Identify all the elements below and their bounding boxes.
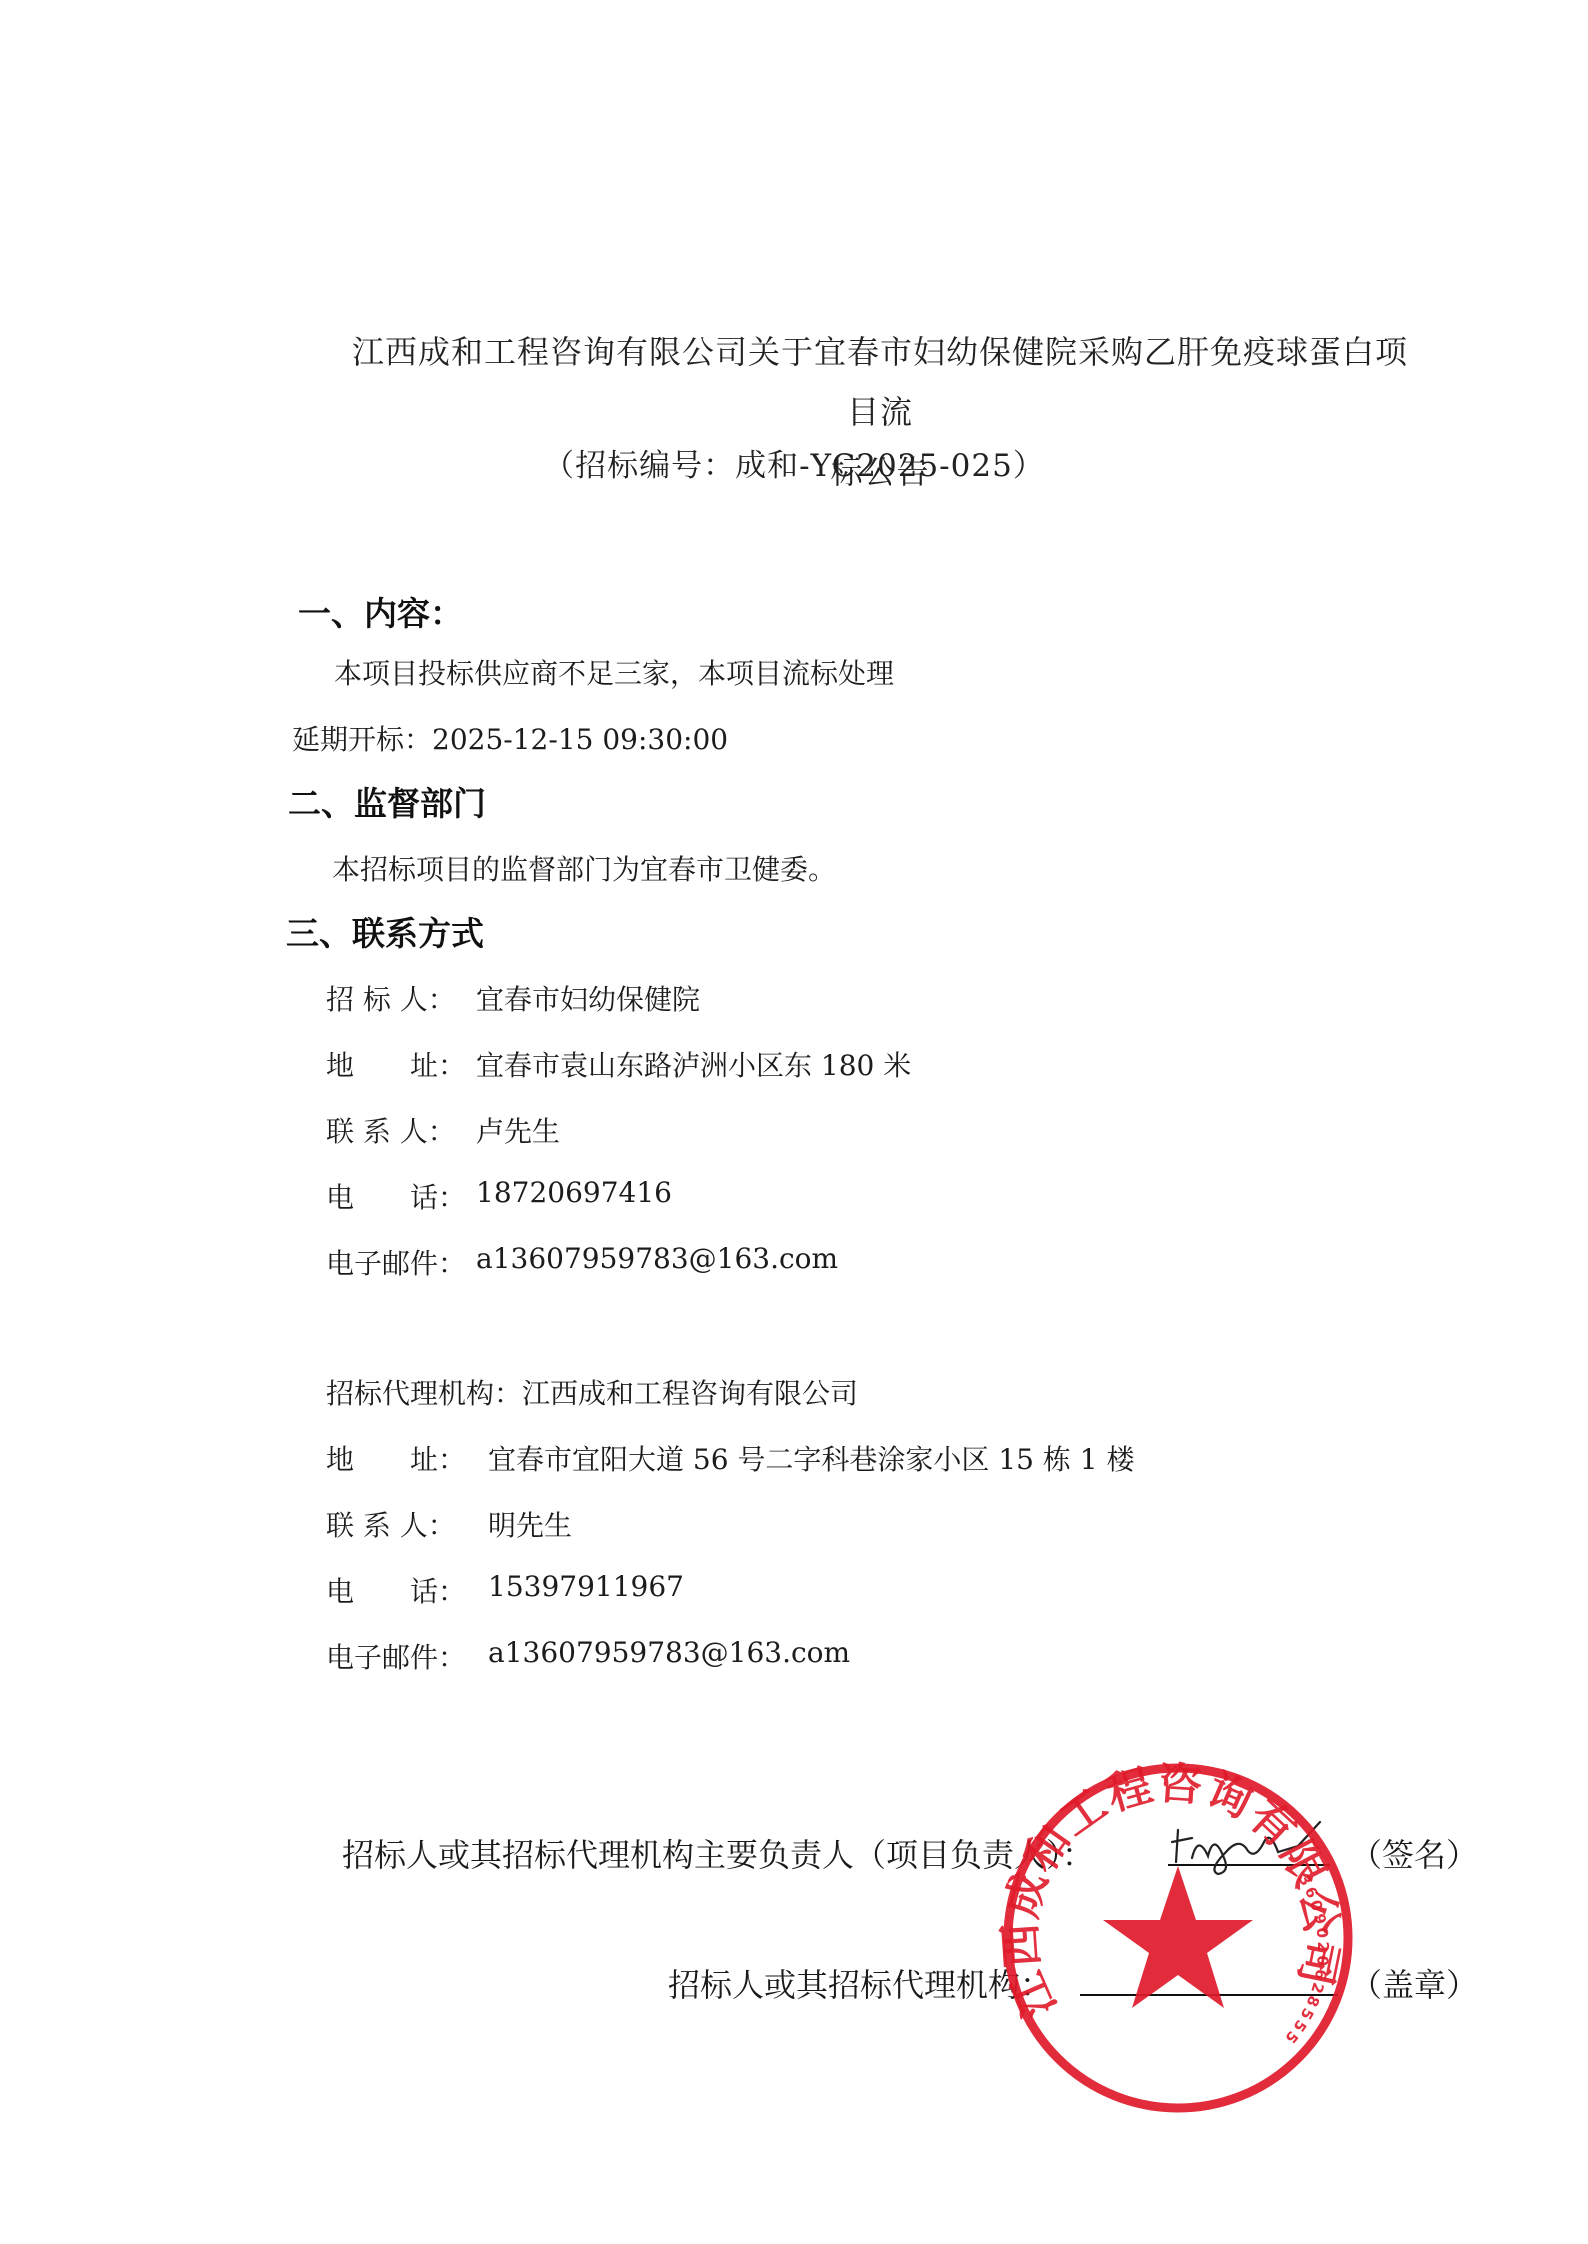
field-value: 江西成和工程咨询有限公司 <box>522 1372 858 1412</box>
field-label: 电 话： <box>326 1570 488 1610</box>
agency-email-row: 电子邮件： a13607959783@163.com <box>326 1636 850 1676</box>
agency-contact-row: 联 系 人： 明先生 <box>326 1504 572 1544</box>
seal-suffix: （盖章） <box>1350 1960 1478 2006</box>
field-value: a13607959783@163.com <box>476 1242 838 1282</box>
field-label: 地 址： <box>326 1044 476 1084</box>
agency-phone-row: 电 话： 15397911967 <box>326 1570 684 1610</box>
field-label: 电子邮件： <box>326 1242 476 1282</box>
tenderer-email-row: 电子邮件： a13607959783@163.com <box>326 1242 838 1282</box>
field-value: 15397911967 <box>488 1570 684 1610</box>
section-supervision-heading: 二、监督部门 <box>288 778 486 825</box>
responsible-signature-label: 招标人或其招标代理机构主要负责人（项目负责人）： <box>342 1830 1094 1876</box>
supervision-body: 本招标项目的监督部门为宜春市卫健委。 <box>332 848 836 888</box>
title-line-1: 江西成和工程咨询有限公司关于宜春市妇幼保健院采购乙肝免疫球蛋白项目流 <box>340 322 1420 442</box>
company-seal-stamp: 江西成和工程咨询有限公司 3609020628555 <box>998 1758 1358 2118</box>
section-content-heading: 一、内容： <box>298 588 463 635</box>
tenderer-name-row: 招 标 人： 宜春市妇幼保健院 <box>326 978 700 1018</box>
postponed-label: 延期开标： <box>292 723 432 756</box>
field-label: 电子邮件： <box>326 1636 488 1676</box>
tenderer-address-row: 地 址： 宜春市袁山东路泸洲小区东 180 米 <box>326 1044 911 1084</box>
postponed-opening: 延期开标：2025-12-15 09:30:00 <box>292 718 728 758</box>
content-body: 本项目投标供应商不足三家，本项目流标处理 <box>334 652 894 692</box>
field-value: a13607959783@163.com <box>488 1636 850 1676</box>
field-label: 招 标 人： <box>326 978 476 1018</box>
tenderer-contact-row: 联 系 人： 卢先生 <box>326 1110 560 1150</box>
field-label: 电 话： <box>326 1176 476 1216</box>
agency-name-row: 招标代理机构： 江西成和工程咨询有限公司 <box>326 1372 858 1412</box>
field-label: 招标代理机构： <box>326 1372 522 1412</box>
agency-address-row: 地 址： 宜春市宜阳大道 56 号二字科巷涂家小区 15 栋 1 楼 <box>326 1438 1134 1478</box>
field-label: 联 系 人： <box>326 1504 488 1544</box>
field-value: 宜春市妇幼保健院 <box>476 978 700 1018</box>
tender-code: （招标编号：成和-YC2025-025） <box>0 440 1588 485</box>
organization-seal-label: 招标人或其招标代理机构： <box>668 1960 1052 2006</box>
field-label: 地 址： <box>326 1438 488 1478</box>
section-contact-heading: 三、联系方式 <box>286 908 484 955</box>
postponed-value: 2025-12-15 09:30:00 <box>432 723 728 756</box>
field-value: 18720697416 <box>476 1176 672 1216</box>
field-value: 卢先生 <box>476 1110 560 1150</box>
tenderer-phone-row: 电 话： 18720697416 <box>326 1176 672 1216</box>
field-value: 宜春市袁山东路泸洲小区东 180 米 <box>476 1044 911 1084</box>
field-value: 宜春市宜阳大道 56 号二字科巷涂家小区 15 栋 1 楼 <box>488 1438 1134 1478</box>
star-icon <box>1103 1866 1253 2008</box>
document-page: 江西成和工程咨询有限公司关于宜春市妇幼保健院采购乙肝免疫球蛋白项目流 标公告 （… <box>0 0 1588 2244</box>
field-label: 联 系 人： <box>326 1110 476 1150</box>
field-value: 明先生 <box>488 1504 572 1544</box>
sign-suffix: （签名） <box>1350 1830 1478 1876</box>
